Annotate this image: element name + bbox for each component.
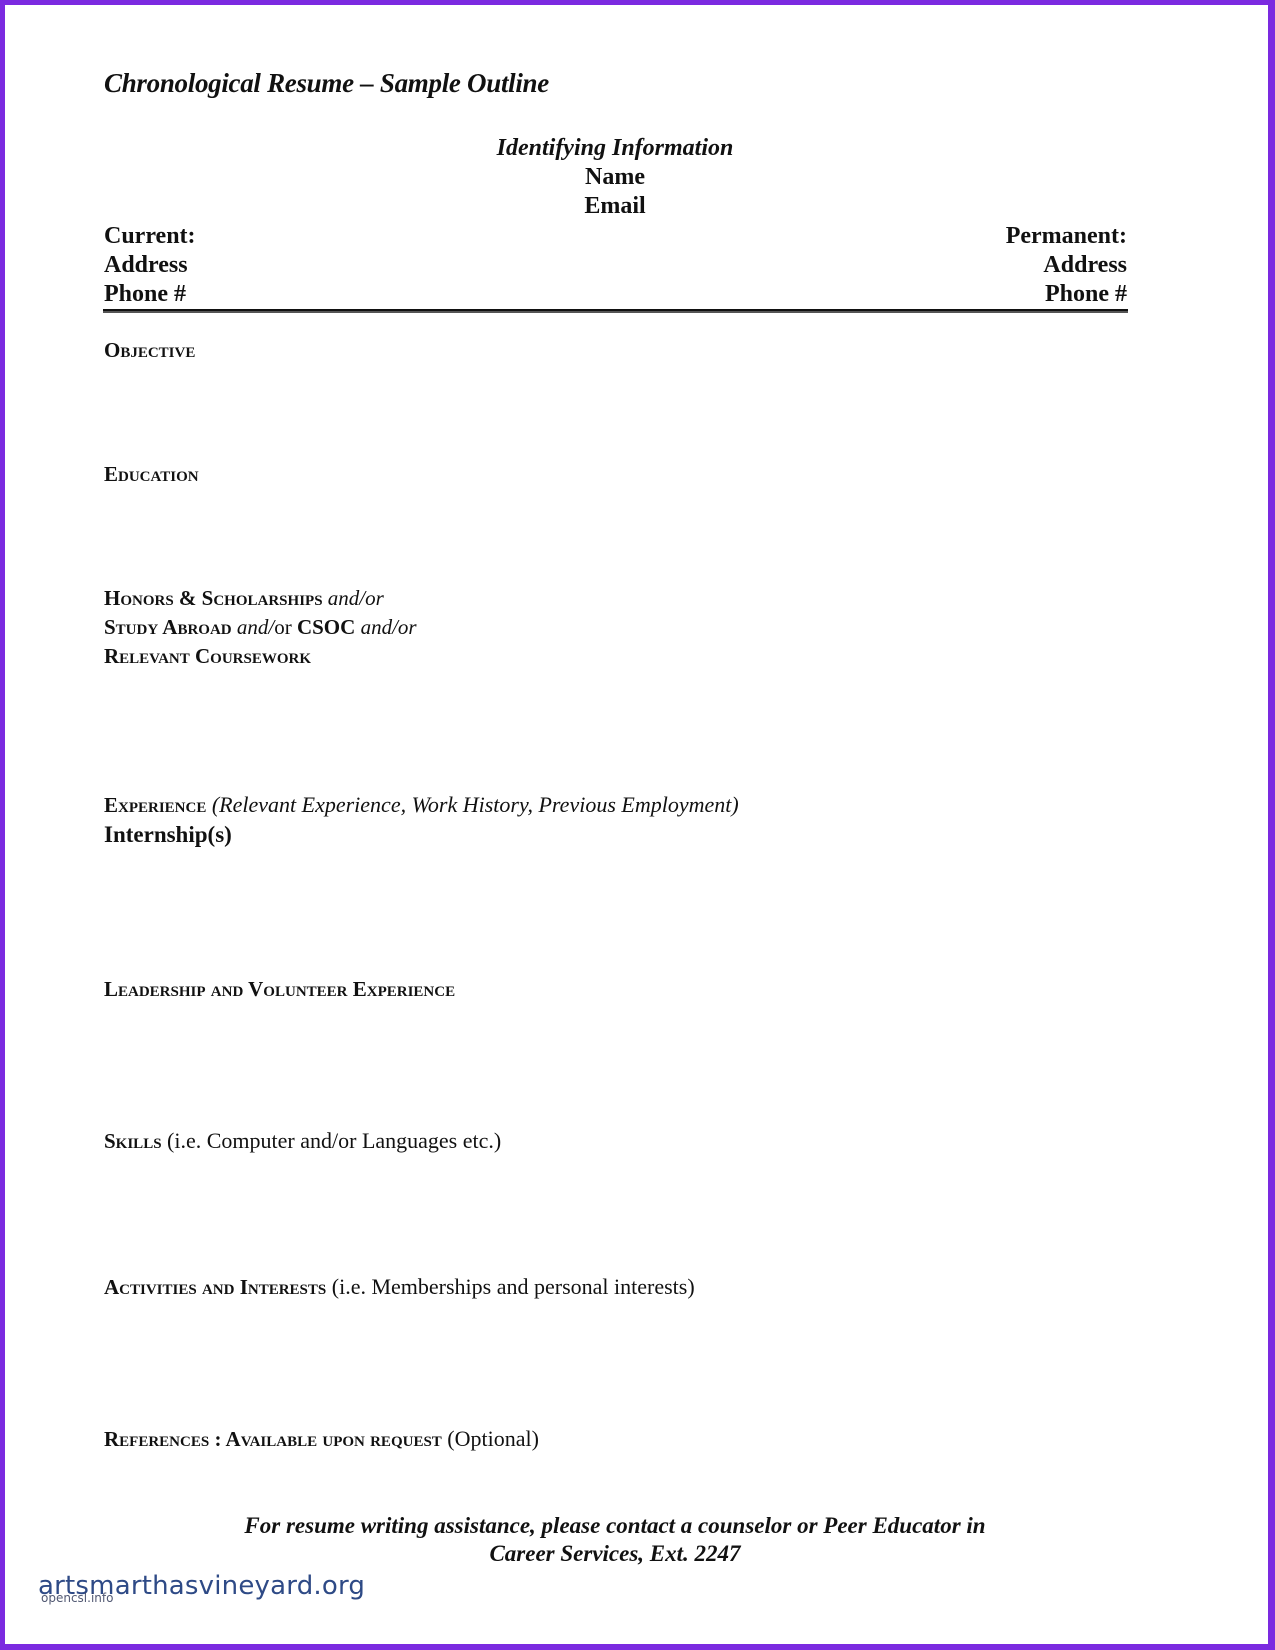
permanent-label: Permanent: [1006, 222, 1127, 251]
permanent-phone: Phone # [1006, 280, 1127, 309]
skills-note: (i.e. Computer and/or Languages etc.) [162, 1128, 502, 1153]
footer-note: For resume writing assistance, please co… [150, 1512, 1080, 1568]
internships-subheading: Internship(s) [104, 820, 739, 849]
references-note: (Optional) [442, 1426, 539, 1451]
email-field-label: Email [0, 193, 1230, 220]
activities-heading: Activities and Interests [104, 1275, 326, 1299]
name-field-label: Name [0, 164, 1230, 191]
csoc-heading: CSOC [297, 615, 355, 639]
honors-andor: and/or [323, 586, 384, 610]
watermark-secondary: opencsl.info [41, 1591, 113, 1605]
experience-note: (Relevant Experience, Work History, Prev… [206, 792, 738, 817]
section-skills: Skills (i.e. Computer and/or Languages e… [104, 1126, 501, 1156]
skills-heading: Skills [104, 1129, 162, 1153]
experience-heading: Experience [104, 793, 206, 817]
section-references: References : Available upon request (Opt… [104, 1424, 539, 1454]
header-divider [103, 309, 1128, 311]
identifying-information-heading: Identifying Information [0, 135, 1230, 162]
permanent-address: Address [1006, 251, 1127, 280]
current-label: Current: [104, 222, 196, 251]
section-objective: Objective [104, 336, 195, 365]
footer-line-2: Career Services, Ext. 2247 [150, 1540, 1080, 1568]
references-heading: References : Available upon request [104, 1427, 442, 1451]
document-title: Chronological Resume – Sample Outline [104, 68, 549, 99]
study-abroad-and: and/ [232, 615, 275, 639]
honors-heading: Honors & Scholarships [104, 586, 323, 610]
section-honors: Honors & Scholarships and/or Study Abroa… [104, 584, 417, 671]
current-address: Address [104, 251, 196, 280]
study-abroad-or: or [274, 615, 297, 639]
section-leadership: Leadership and Volunteer Experience [104, 975, 455, 1004]
footer-line-1: For resume writing assistance, please co… [150, 1512, 1080, 1540]
csoc-andor: and/or [355, 615, 416, 639]
activities-note: (i.e. Memberships and personal interests… [326, 1274, 694, 1299]
study-abroad-heading: Study Abroad [104, 615, 232, 639]
section-activities: Activities and Interests (i.e. Membershi… [104, 1272, 695, 1302]
section-experience: Experience (Relevant Experience, Work Hi… [104, 790, 739, 849]
permanent-address-block: Permanent: Address Phone # [1006, 222, 1127, 309]
current-address-block: Current: Address Phone # [104, 222, 196, 309]
coursework-heading: Relevant Coursework [104, 644, 311, 668]
current-phone: Phone # [104, 280, 196, 309]
section-education: Education [104, 460, 199, 489]
